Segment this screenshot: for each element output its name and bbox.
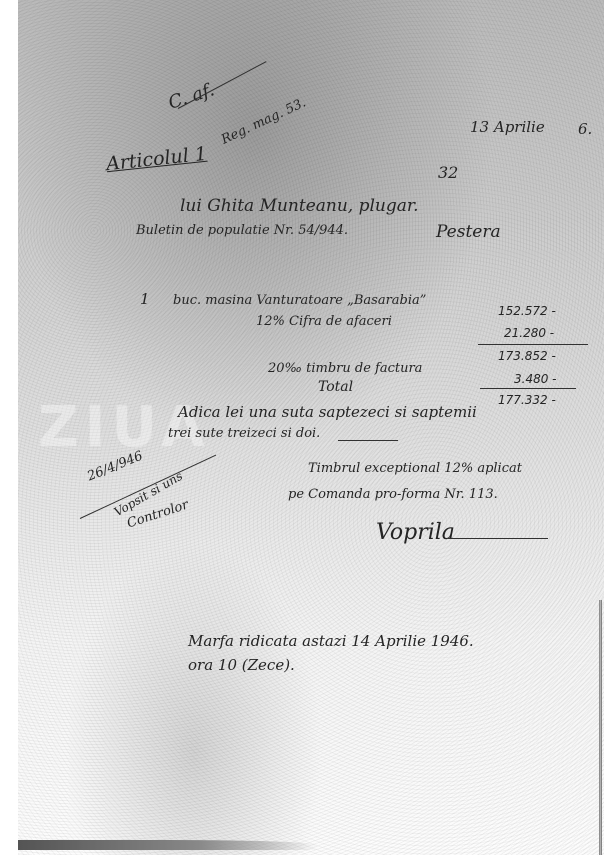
buyer-locality: Pestera: [436, 224, 501, 241]
scanned-page: ZIUA C. af. Reg. mag. 53. 13 Aprilie 6. …: [18, 0, 604, 855]
item-1-qty: 1: [140, 292, 150, 307]
date: 13 Aprilie: [470, 120, 545, 135]
page-edge: [599, 600, 602, 855]
header-mark: C. af.: [166, 81, 216, 113]
item-2-amount: 21.280 -: [504, 327, 554, 339]
signature-rule: [448, 538, 548, 539]
total-rule: [480, 388, 576, 389]
signature: Voprila: [376, 522, 455, 544]
page-number: 6.: [578, 122, 592, 137]
buyer-line: lui Ghita Munteanu, plugar.: [180, 198, 419, 215]
article-title: Articolul 1: [105, 145, 208, 174]
document-number: 32: [438, 165, 458, 181]
item-2-description: 12% Cifra de afaceri: [256, 315, 392, 328]
amount-in-words-line-2: trei sute treizeci si doi.: [168, 427, 320, 440]
item-1-description: buc. masina Vanturatoare „Basarabia”: [173, 294, 426, 307]
pickup-note-line-1: Marfa ridicata astazi 14 Aprilie 1946.: [188, 634, 474, 649]
item-1-amount: 152.572 -: [498, 305, 556, 317]
buyer-id: Buletin de populatie Nr. 54/944.: [136, 224, 348, 237]
stamp-note-line-1: Timbrul exceptional 12% aplicat: [308, 462, 522, 475]
scan-smudge: [18, 840, 318, 850]
amount-in-words-rule: [338, 440, 398, 441]
subtotal-amount: 173.852 -: [498, 350, 556, 362]
stamp-tax-amount: 3.480 -: [514, 373, 557, 385]
amount-in-words-line-1: Adica lei una suta saptezeci si saptemii: [178, 405, 477, 420]
stamp-tax-description: 20‰ timbru de factura: [268, 362, 422, 375]
subtotal-rule: [478, 344, 588, 345]
stamp-note-line-2: pe Comanda pro-forma Nr. 113.: [288, 488, 498, 501]
total-amount: 177.332 -: [498, 394, 556, 406]
total-label: Total: [318, 380, 353, 394]
pickup-note-line-2: ora 10 (Zece).: [188, 658, 295, 673]
register-mark: Reg. mag. 53.: [220, 96, 308, 146]
